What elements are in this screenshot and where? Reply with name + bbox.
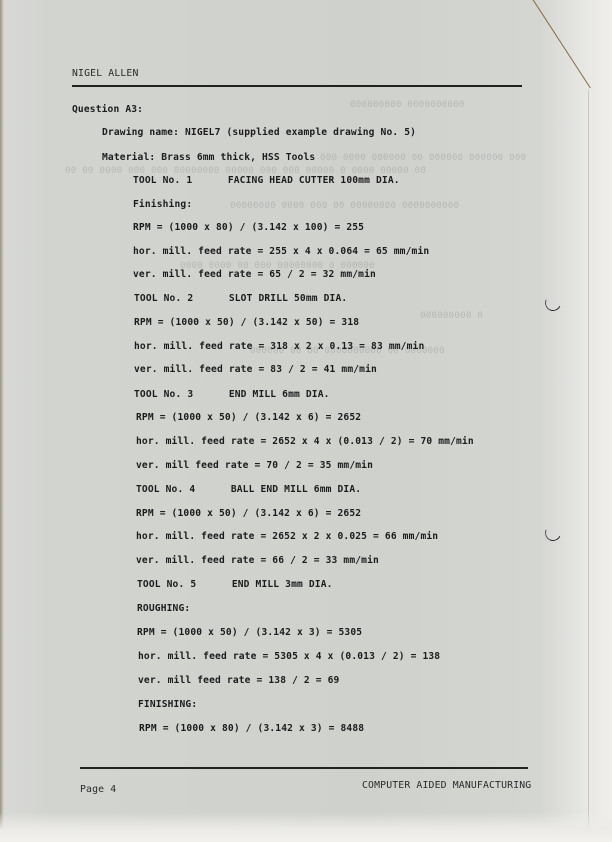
- tool-5-line: RPM = (1000 x 50) / (3.142 x 3) = 5305: [137, 627, 362, 639]
- tool-5-line: ver. mill feed rate = 138 / 2 = 69: [138, 675, 339, 687]
- scanned-page: 000000000 0000000000 000 0000 000000 00 …: [0, 0, 612, 842]
- footer-title: COMPUTER AIDED MANUFACTURING: [362, 780, 531, 792]
- tool-1-line: Finishing:: [133, 199, 192, 211]
- tool-2-line: RPM = (1000 x 50) / (3.142 x 50) = 318: [134, 317, 359, 329]
- tool-5-line: RPM = (1000 x 80) / (3.142 x 3) = 8488: [139, 723, 364, 735]
- tool-3-line: RPM = (1000 x 50) / (3.142 x 6) = 2652: [136, 412, 361, 424]
- tool-1-line: RPM = (1000 x 80) / (3.142 x 100) = 255: [133, 222, 364, 234]
- drawing-name: Drawing name: NIGEL7 (supplied example d…: [102, 127, 416, 139]
- punch-hole-icon: [543, 293, 564, 314]
- tool-5-line: hor. mill. feed rate = 5305 x 4 x (0.013…: [138, 651, 440, 663]
- tool-3-heading: TOOL No. 3 END MILL 6mm DIA.: [134, 389, 330, 401]
- tool-2-line: hor. mill. feed rate = 318 x 2 x 0.13 = …: [134, 341, 424, 353]
- tool-5-line: FINISHING:: [138, 699, 197, 711]
- bleed-through-text: 000000000 0000000000: [350, 99, 465, 111]
- tool-2-heading: TOOL No. 2 SLOT DRILL 50mm DIA.: [134, 293, 347, 305]
- punch-hole-icon: [543, 523, 564, 544]
- page-left-edge: [0, 0, 4, 842]
- author-name: NIGEL ALLEN: [72, 68, 139, 80]
- tool-3-line: ver. mill feed rate = 70 / 2 = 35 mm/min: [136, 460, 373, 472]
- tool-5-heading: TOOL No. 5 END MILL 3mm DIA.: [137, 579, 333, 591]
- tool-4-line: RPM = (1000 x 50) / (3.142 x 6) = 2652: [136, 508, 361, 520]
- tool-1-heading: TOOL No. 1 FACING HEAD CUTTER 100mm DIA.: [133, 175, 400, 187]
- tool-5-line: ROUGHING:: [137, 603, 190, 615]
- tool-3-line: hor. mill. feed rate = 2652 x 4 x (0.013…: [136, 436, 474, 448]
- header-rule: [72, 85, 522, 87]
- question-label: Question A3:: [72, 104, 143, 116]
- page-right-edge: [588, 90, 589, 830]
- bleed-through-text: 000 0000 000000 00 000000 000000 000: [320, 152, 526, 164]
- tool-4-line: hor. mill. feed rate = 2652 x 2 x 0.025 …: [136, 531, 438, 543]
- tool-1-line: hor. mill. feed rate = 255 x 4 x 0.064 =…: [133, 246, 429, 258]
- material-spec: Material: Brass 6mm thick, HSS Tools: [102, 152, 315, 164]
- bleed-through-text: 00000000 0000 000 00 00000000 0000000000: [230, 200, 459, 212]
- tool-4-line: ver. mill. feed rate = 66 / 2 = 33 mm/mi…: [136, 555, 379, 567]
- page-fold-crease: [530, 0, 591, 88]
- page-number: Page 4: [80, 784, 116, 796]
- bleed-through-text: 000000000 0: [420, 310, 483, 322]
- tool-1-line: ver. mill. feed rate = 65 / 2 = 32 mm/mi…: [133, 269, 376, 281]
- tool-4-heading: TOOL No. 4 BALL END MILL 6mm DIA.: [136, 484, 361, 496]
- footer-rule: [80, 767, 528, 769]
- tool-2-line: ver. mill. feed rate = 83 / 2 = 41 mm/mi…: [134, 364, 377, 376]
